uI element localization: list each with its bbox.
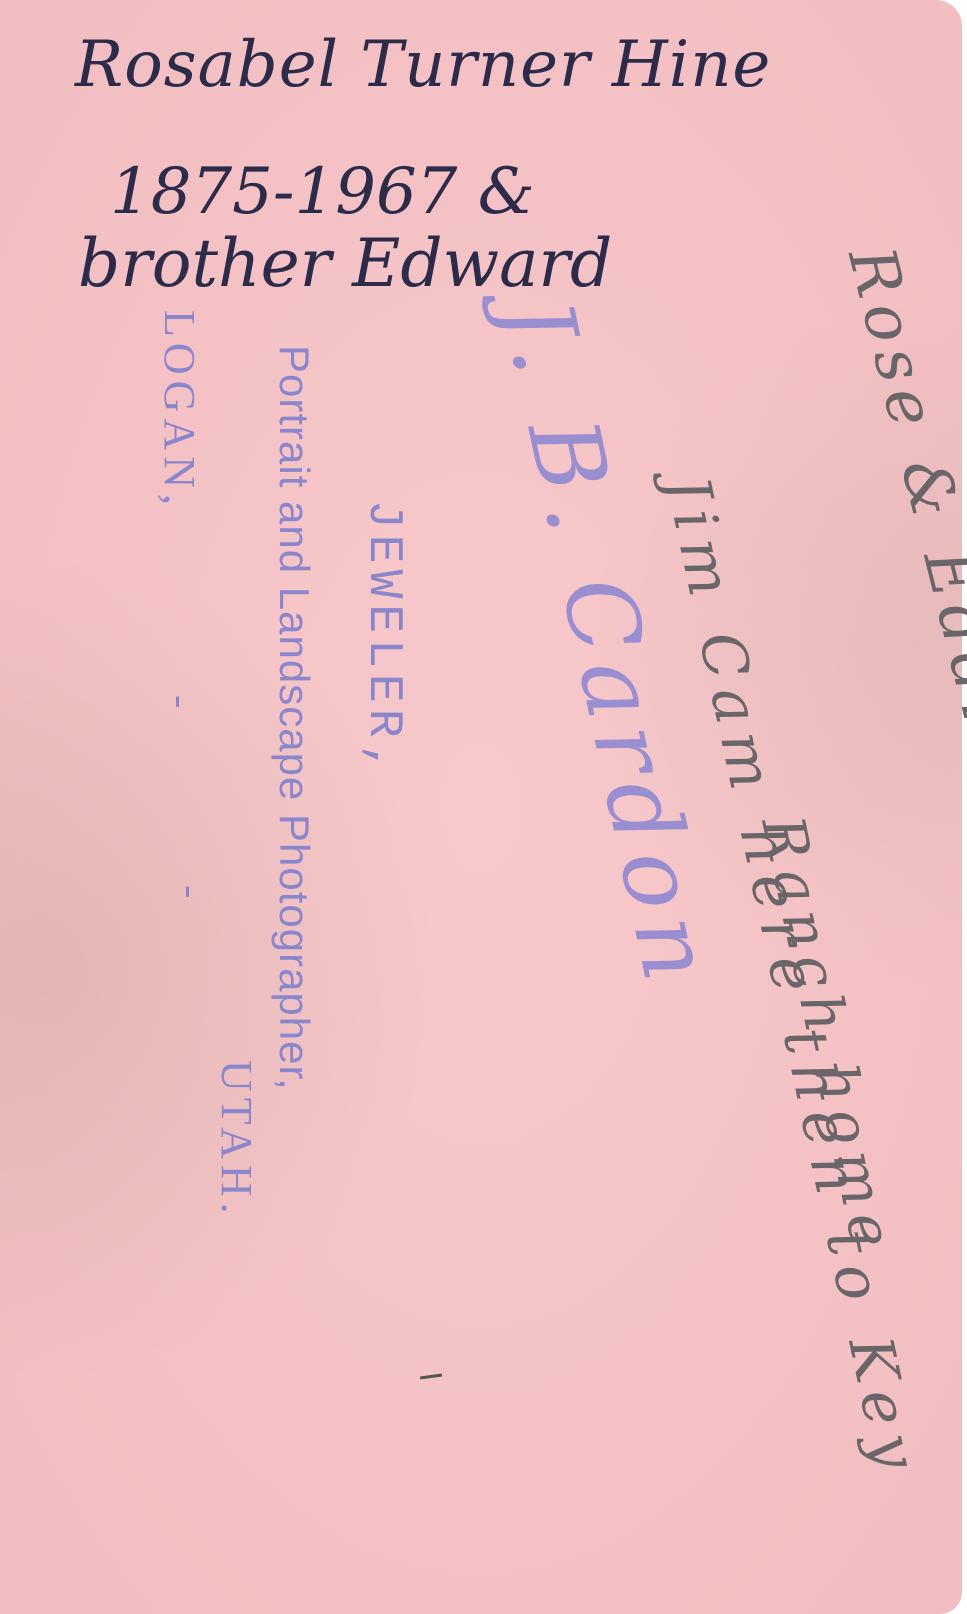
photo-card-back: Rosabel Turner Hine 1875-1967 & brother … (0, 0, 962, 1614)
imprint-separator: - (168, 885, 215, 898)
handwritten-name: Rosabel Turner Hine (75, 28, 771, 102)
imprint-separator: - (158, 695, 205, 708)
imprint-city: LOGAN, (154, 310, 205, 511)
imprint-subtitle: Portrait and Landscape Photographer, (270, 345, 318, 1091)
imprint-state: UTAH. (211, 1060, 262, 1220)
stray-pencil-mark (420, 1373, 442, 1379)
handwritten-dates: 1875-1967 & (110, 155, 535, 229)
handwritten-brother: brother Edward (78, 225, 612, 302)
imprint-occupation: JEWELER, (356, 500, 410, 778)
